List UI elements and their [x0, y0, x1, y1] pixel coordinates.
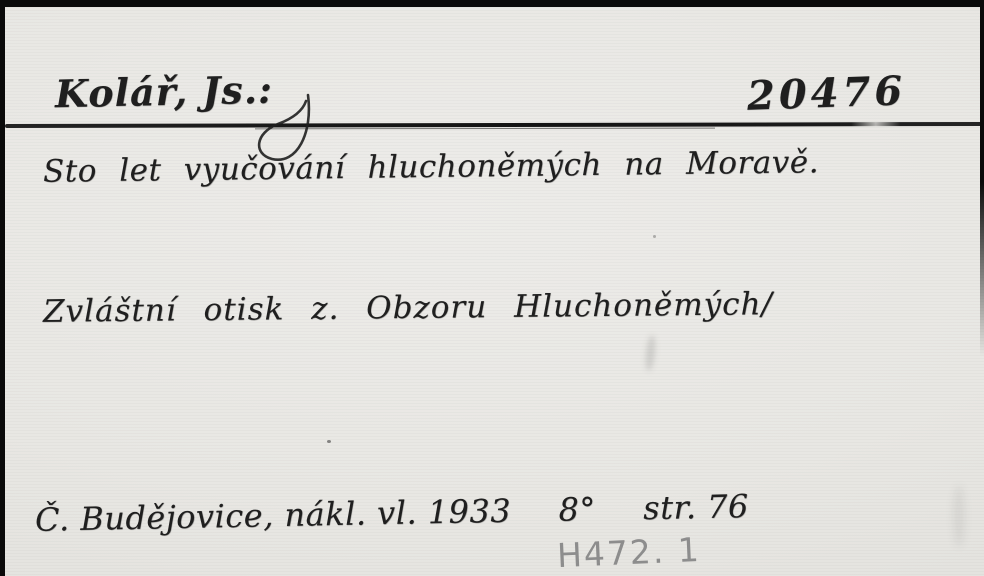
imprint-place: Č. Budějovice,	[35, 496, 274, 539]
paper-speck	[653, 235, 656, 238]
paper-smudge	[953, 485, 965, 547]
imprint-publisher: nákl. vl.	[284, 494, 417, 535]
offprint-note-line: Zvláštní otisk z. Obzoru Hluchoněmých/	[43, 286, 773, 330]
imprint-line: Č. Budějovice, nákl. vl. 1933 8° str. 76	[35, 487, 749, 539]
imprint-year: 1933	[427, 492, 511, 532]
pencil-shelfmark: H472. 1	[556, 530, 701, 575]
catalog-card-paper: Kolář, Js.: 20476 Sto let vyučování hluc…	[5, 7, 984, 576]
catalog-card-photo: Kolář, Js.: 20476 Sto let vyučování hluc…	[0, 0, 984, 576]
imprint-format: 8°	[558, 490, 596, 529]
catalog-number: 20476	[746, 67, 907, 120]
photo-frame-right-edge	[980, 7, 984, 357]
ink-smudge	[644, 335, 657, 372]
imprint-pages: str. 76	[643, 487, 749, 527]
author-heading: Kolář, Js.:	[55, 67, 274, 117]
paper-speck	[327, 440, 331, 443]
heading-rule-double-stroke	[255, 128, 715, 130]
title-line: Sto let vyučování hluchoněmých na Moravě…	[43, 144, 819, 189]
